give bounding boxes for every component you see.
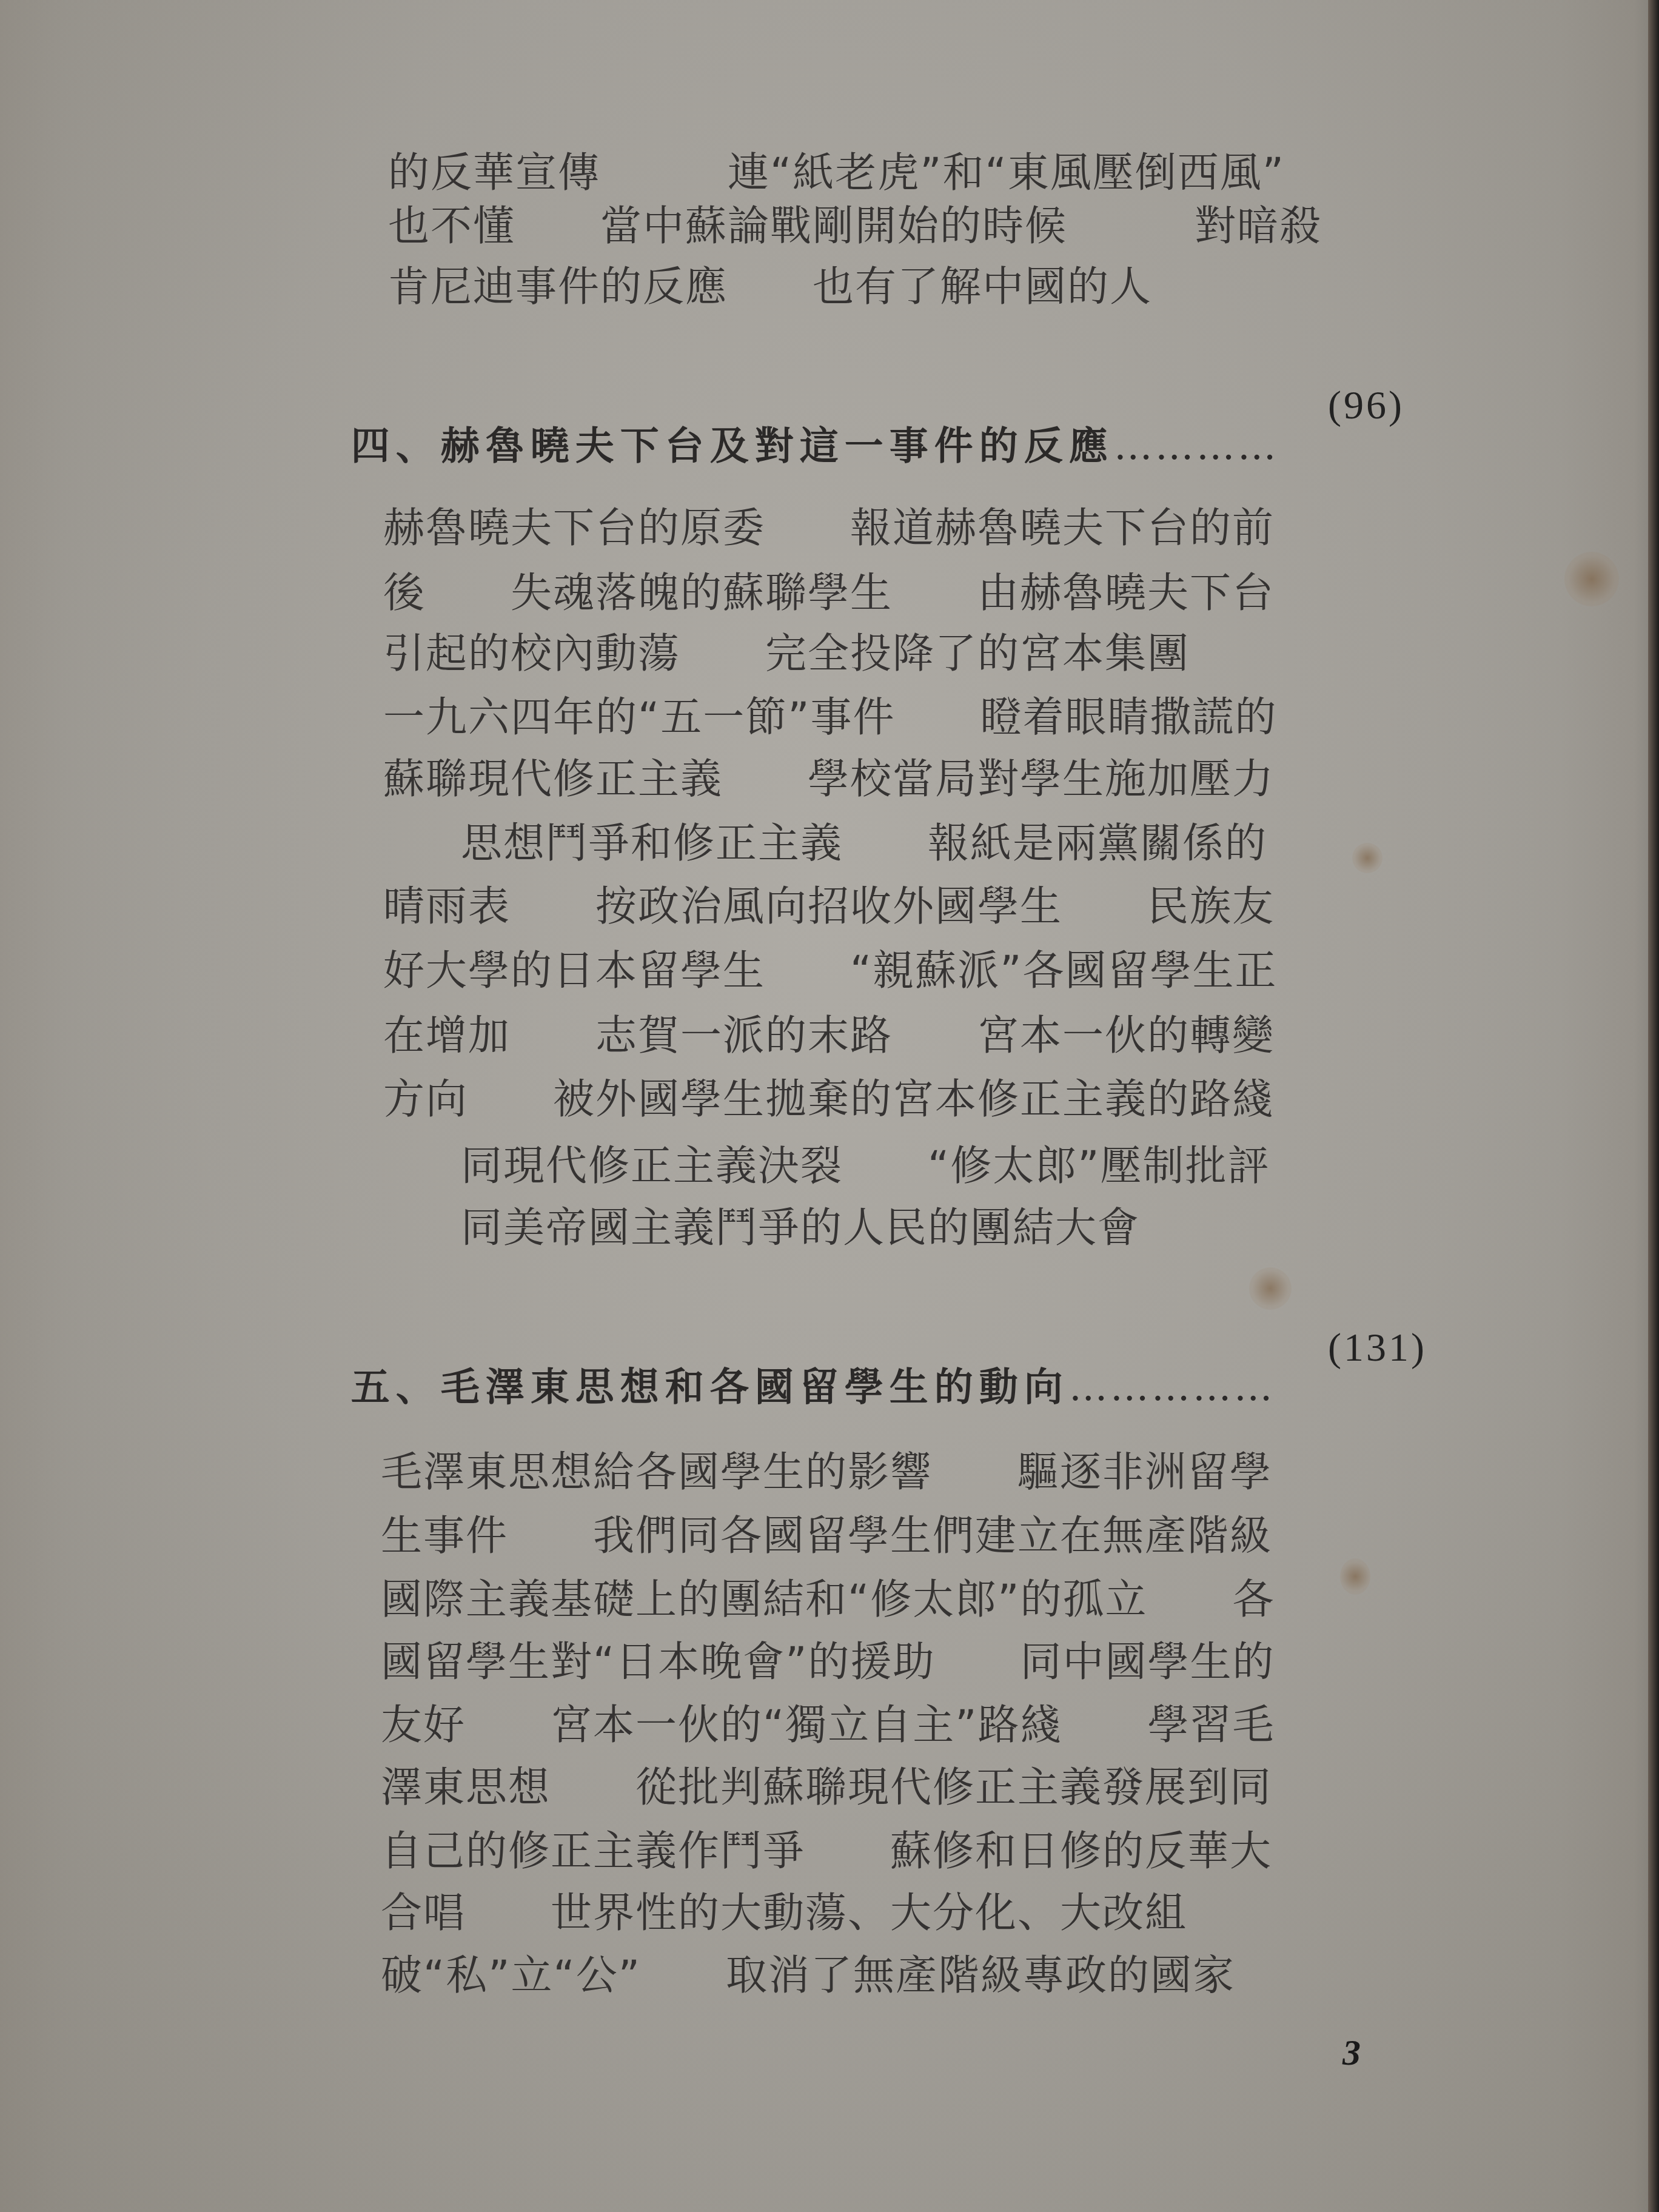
toc-line: 肯尼迪事件的反應 也有了解中國的人 (388, 267, 1152, 308)
paper-stain (1564, 552, 1619, 606)
paper-stain (1340, 1558, 1370, 1595)
toc-line: 國留學生對“日本晚會”的援助 同中國學生的 (381, 1642, 1275, 1683)
toc-line: 合唱 世界性的大動蕩、大分化、大改組 (381, 1893, 1187, 1934)
toc-line: 友好 宮本一伙的“獨立自主”路綫 學習毛 (381, 1705, 1275, 1746)
toc-line: 好大學的日本留學生 “親蘇派”各國留學生正 (383, 951, 1277, 992)
section-heading: 四、赫魯曉夫下台及對這一事件的反應………… (233, 388, 1279, 504)
toc-line: 蘇聯現代修正主義 學校當局對學生施加壓力 (383, 759, 1275, 800)
toc-line: 同現代修正主義決裂 “修太郎”壓制批評 (418, 1146, 1270, 1187)
toc-line: 的反華宣傳 連“紙老虎”和“東風壓倒西風” (388, 153, 1285, 194)
toc-line: 後 失魂落魄的蘇聯學生 由赫魯曉夫下台 (383, 573, 1275, 614)
toc-line: 國際主義基礎上的團結和“修太郎”的孤立 各 (381, 1580, 1275, 1621)
toc-line: 在增加 志賀一派的末路 宮本一伙的轉變 (383, 1016, 1275, 1057)
toc-line: 也不懂 當中蘇論戰剛開始的時候 對暗殺 (388, 206, 1322, 247)
section-heading-title: 五、毛澤東思想和各國留學生的動向 (351, 1364, 1069, 1410)
paper-stain (1249, 1267, 1292, 1310)
toc-line: 毛澤東思想給各國學生的影響 驅逐非洲留學 (381, 1452, 1272, 1493)
section-page-ref: (96) (1328, 386, 1404, 426)
section-heading-title: 四、赫魯曉夫下台及對這一事件的反應 (351, 423, 1114, 469)
page-edge-shadow (1648, 0, 1659, 2212)
leader-dots: …………… (1069, 1365, 1275, 1410)
toc-line: 自己的修正主義作鬥爭 蘇修和日修的反華大 (381, 1831, 1272, 1872)
toc-line: 思想鬥爭和修正主義 報紙是兩黨關係的 (418, 823, 1267, 865)
page-number: 3 (1342, 2034, 1361, 2071)
toc-line: 澤東思想 從批判蘇聯現代修正主義發展到同 (381, 1768, 1272, 1809)
section-page-ref: (131) (1328, 1328, 1427, 1368)
leader-dots: ………… (1114, 424, 1279, 469)
toc-line: 赫魯曉夫下台的原委 報道赫魯曉夫下台的前 (383, 508, 1275, 549)
book-page: 的反華宣傳 連“紙老虎”和“東風壓倒西風” 也不懂 當中蘇論戰剛開始的時候 對暗… (0, 0, 1659, 2212)
toc-line: 方向 被外國學生拋棄的宮本修正主義的路綫 (383, 1079, 1275, 1121)
toc-line: 引起的校內動蕩 完全投降了的宮本集團 (383, 634, 1190, 675)
toc-line: 晴雨表 按政治風向招收外國學生 民族友 (383, 886, 1275, 928)
toc-line: 一九六四年的“五一節”事件 瞪着眼睛撒謊的 (383, 697, 1277, 739)
toc-line: 破“私”立“公” 取消了無產階級專政的國家 (381, 1956, 1235, 1997)
paper-stain (1352, 843, 1382, 873)
toc-line: 同美帝國主義鬥爭的人民的團結大會 (418, 1208, 1140, 1249)
toc-line: 生事件 我們同各國留學生們建立在無產階級 (381, 1516, 1272, 1557)
section-heading: 五、毛澤東思想和各國留學生的動向…………… (233, 1329, 1275, 1446)
